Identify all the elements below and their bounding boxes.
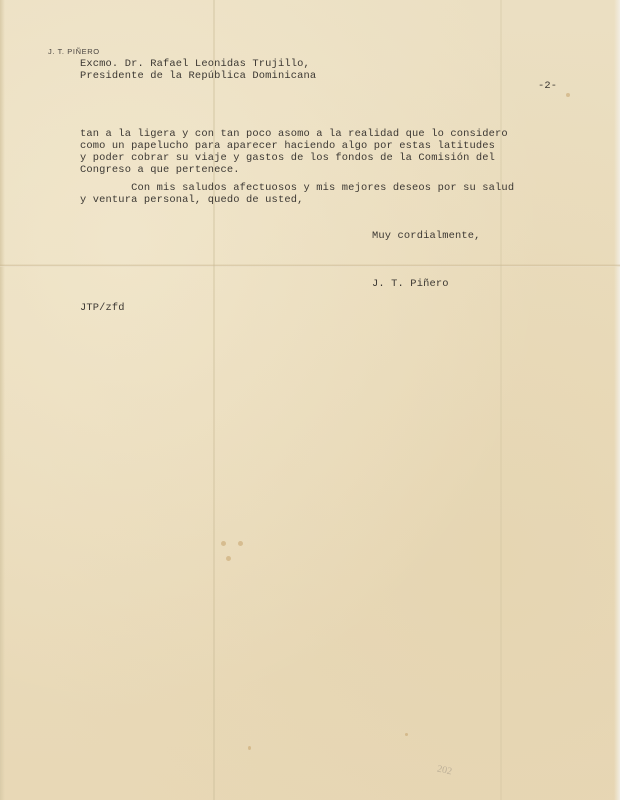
letter-page: J. T. PIÑERO Excmo. Dr. Rafael Leonidas … [0, 0, 620, 800]
page-number: -2- [538, 80, 557, 92]
body-line: Congreso a que pertenece. [80, 164, 508, 176]
pencil-annotation: 202 [436, 764, 453, 778]
body-line: Con mis saludos afectuosos y mis mejores… [80, 182, 514, 194]
paper-stain [566, 93, 570, 97]
paper-edge-left [0, 0, 5, 800]
paper-stain [226, 556, 231, 561]
paper-stain [405, 733, 408, 736]
addressee-line-1: Excmo. Dr. Rafael Leonidas Trujillo, [80, 58, 316, 70]
paper-edge-right [614, 0, 620, 800]
paper-stain [238, 541, 243, 546]
addressee-block: Excmo. Dr. Rafael Leonidas Trujillo,Pres… [80, 58, 316, 82]
body-paragraph-2: Con mis saludos afectuosos y mis mejores… [80, 182, 514, 206]
vertical-crease [213, 0, 215, 800]
paper-stain [221, 541, 226, 546]
vertical-crease-right [500, 0, 502, 800]
horizontal-fold-line [0, 264, 620, 267]
signature-name: J. T. Piñero [372, 278, 449, 290]
body-line: tan a la ligera y con tan poco asomo a l… [80, 128, 508, 140]
body-line: y ventura personal, quedo de usted, [80, 194, 514, 206]
paper-stain [248, 746, 251, 750]
letterhead: J. T. PIÑERO [48, 47, 100, 56]
body-paragraph-1: tan a la ligera y con tan poco asomo a l… [80, 128, 508, 176]
closing-salutation: Muy cordialmente, [372, 230, 481, 242]
addressee-line-2: Presidente de la República Dominicana [80, 70, 316, 82]
body-line: como un papelucho para aparecer haciendo… [80, 140, 508, 152]
reference-initials: JTP/zfd [80, 302, 125, 314]
body-line: y poder cobrar su viaje y gastos de los … [80, 152, 508, 164]
